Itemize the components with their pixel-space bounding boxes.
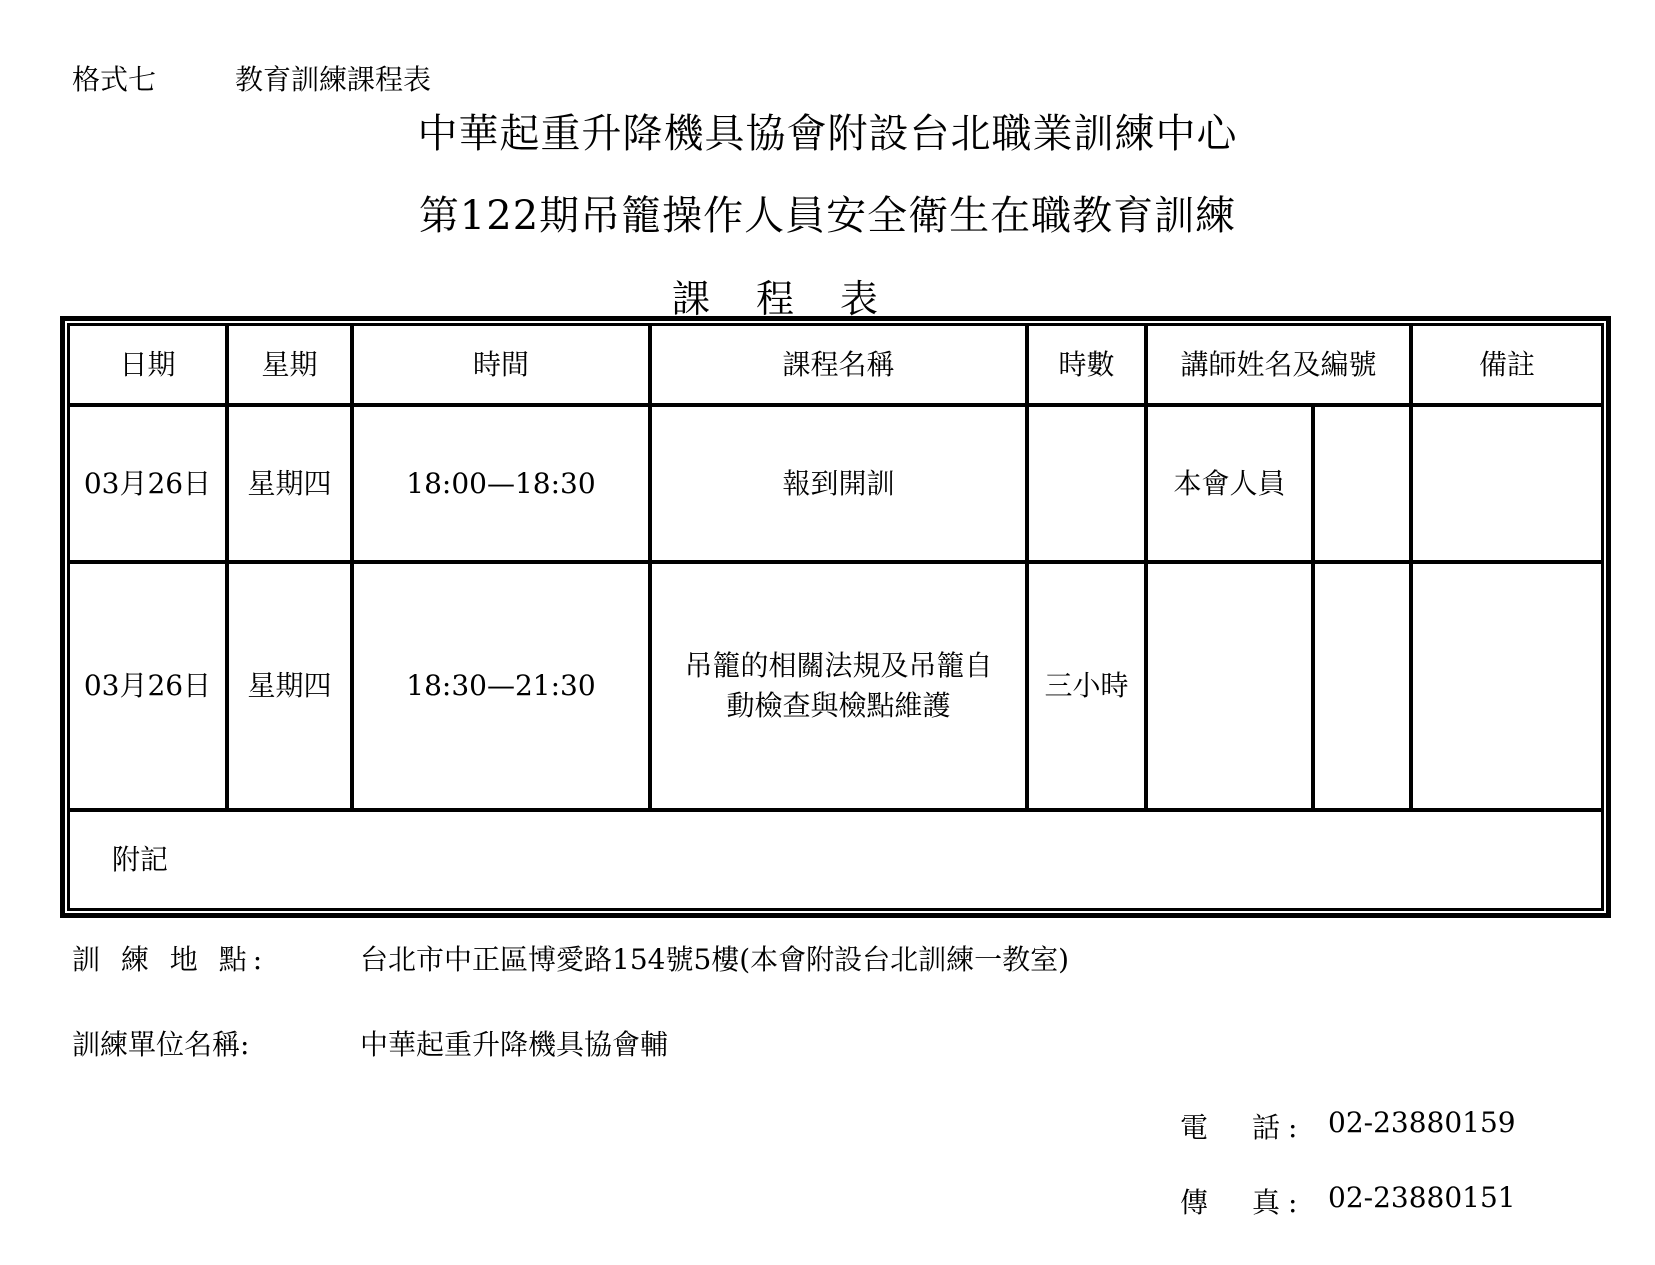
row-instructor-id [1315, 407, 1409, 560]
row-weekday: 星期四 [229, 564, 350, 808]
unit-label: 訓練單位名稱: [72, 1023, 249, 1063]
header-hours: 時數 [1029, 326, 1144, 403]
row-course-line-1: 吊籠的相關法規及吊籠自 [684, 646, 992, 686]
row-date: 03月26日 [70, 564, 225, 808]
location-label: 訓 練 地 點: [72, 938, 268, 978]
fax-value: 02-23880151 [1328, 1181, 1516, 1214]
form-title: 教育訓練課程表 [235, 58, 431, 98]
header-date: 日期 [70, 326, 225, 403]
table-title: 課程表 [672, 268, 924, 323]
row-course: 報到開訓 [652, 407, 1025, 560]
row-divider-2 [67, 808, 1604, 812]
phone-label: 電 話: [1180, 1106, 1305, 1146]
row-instructor-id [1315, 564, 1409, 808]
header-course: 課程名稱 [652, 326, 1025, 403]
header-instructor: 講師姓名及編號 [1148, 326, 1409, 403]
form-number: 格式七 [72, 58, 156, 98]
row-course-line-2: 動檢查與檢點維護 [726, 686, 950, 726]
note-label: 附記 [112, 812, 184, 908]
course-title: 第122期吊籠操作人員安全衛生在職教育訓練 [0, 184, 1655, 241]
fax-label: 傳 真: [1180, 1181, 1305, 1221]
unit-value: 中華起重升降機具協會輔 [360, 1023, 668, 1063]
row-date: 03月26日 [70, 407, 225, 560]
row-weekday: 星期四 [229, 407, 350, 560]
phone-value: 02-23880159 [1328, 1106, 1516, 1139]
location-value: 台北市中正區博愛路154號5樓(本會附設台北訓練一教室) [360, 938, 1069, 978]
organization-title-text: 中華起重升降機具協會附設台北職業訓練中心 [418, 102, 1238, 159]
row-hours: 三小時 [1029, 564, 1144, 808]
row-remarks [1413, 564, 1601, 808]
header-weekday: 星期 [229, 326, 350, 403]
row-course: 吊籠的相關法規及吊籠自 動檢查與檢點維護 [652, 564, 1025, 808]
header-time: 時間 [354, 326, 648, 403]
organization-title: 中華起重升降機具協會附設台北職業訓練中心 [0, 102, 1655, 159]
course-title-text: 第122期吊籠操作人員安全衛生在職教育訓練 [419, 184, 1236, 241]
row-instructor-name: 本會人員 [1148, 407, 1311, 560]
row-time: 18:30—21:30 [354, 564, 648, 808]
row-instructor-name [1148, 564, 1311, 808]
header-remarks: 備註 [1413, 326, 1601, 403]
row-time: 18:00—18:30 [354, 407, 648, 560]
row-remarks [1413, 407, 1601, 560]
row-hours [1029, 407, 1144, 560]
